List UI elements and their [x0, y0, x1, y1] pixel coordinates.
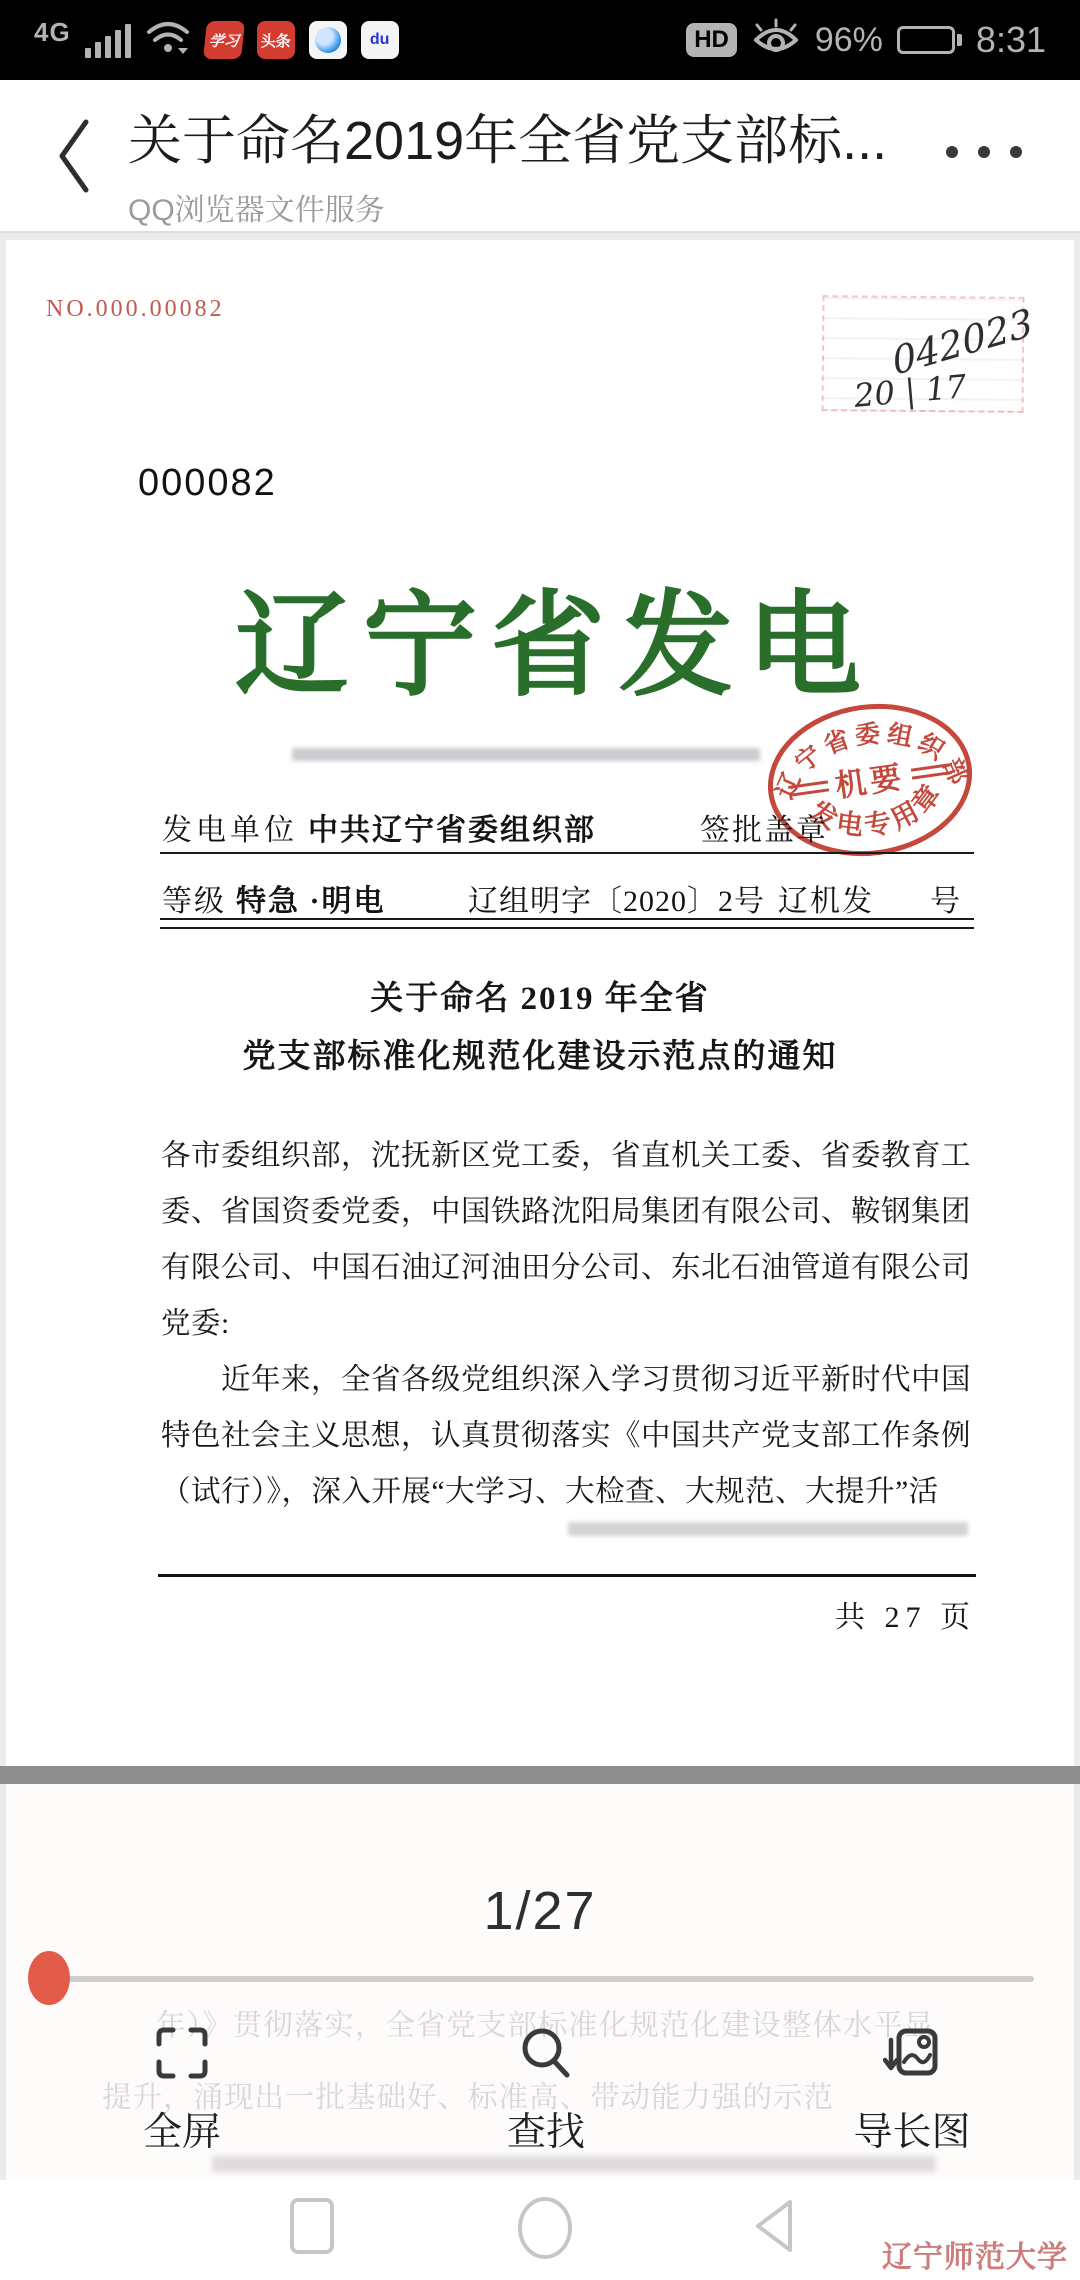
wifi-icon — [145, 18, 191, 63]
masthead-subtext-blur — [292, 748, 760, 761]
issue-series-label: 辽机发 — [778, 876, 874, 920]
fullscreen-label: 全屏 — [72, 2101, 292, 2157]
xuexi-app-icon: 学习 — [203, 21, 245, 59]
network-type-label: 4G — [34, 17, 71, 48]
issuing-unit-label: 发电单位 — [162, 805, 298, 849]
page-indicator: 1/27 — [6, 1880, 1074, 1942]
title-bar: 关于命名2019年全省党支部标... QQ浏览器文件服务 — [0, 80, 1080, 233]
body-line: 特色社会主义思想，认真贯彻落实《中国共产党支部工作条例 — [161, 1412, 976, 1454]
notice-title-line-2: 党支部标准化规范化建设示范点的通知 — [6, 1030, 1074, 1077]
notice-title-line-1: 关于命名 2019 年全省 — [6, 972, 1074, 1019]
scan-smudge — [568, 1522, 968, 1536]
fullscreen-icon — [153, 2024, 211, 2082]
page-slider-thumb[interactable] — [28, 1951, 70, 2005]
page-stamp-number: 000082 — [138, 462, 277, 505]
form-divider-1 — [160, 852, 974, 854]
body-line: 近年来，全省各级党组织深入学习贯彻习近平新时代中国 — [161, 1356, 1036, 1398]
status-bar: 4G 学习 头条 du HD — [0, 0, 1080, 80]
body-line: 有限公司、中国石油辽河油田分公司、东北石油管道有限公司 — [161, 1244, 976, 1286]
home-button[interactable] — [516, 2196, 574, 2265]
export-long-image-icon — [883, 2024, 941, 2082]
grade-label: 等级 — [162, 876, 226, 920]
clock-label: 8:31 — [976, 19, 1046, 61]
android-navigation-bar: 辽宁师范大学 — [0, 2180, 1080, 2280]
baidu-app-icon: du — [361, 21, 399, 59]
more-options-button[interactable] — [946, 146, 1022, 158]
hd-call-icon: HD — [686, 23, 737, 57]
reference-number: 辽组明字〔2020〕2号 — [468, 876, 765, 920]
total-pages-label: 共 27 页 — [835, 1592, 976, 1636]
battery-icon — [897, 26, 962, 54]
document-page-1[interactable]: NO.000.00082 042023 20 | 17 000082 辽宁省发电… — [6, 240, 1074, 1766]
form-divider-2 — [160, 918, 974, 929]
body-line: （试行）》，深入开展“大学习、大检查、大规范、大提升”活 — [161, 1468, 976, 1510]
document-title: 关于命名2019年全省党支部标... — [128, 98, 888, 175]
body-line: 各市委组织部，沈抚新区党工委，省直机关工委、省委教育工 — [161, 1132, 976, 1174]
export-long-image-label: 导长图 — [802, 2101, 1022, 2157]
document-serial-number: NO.000.00082 — [46, 296, 225, 323]
footer-rule — [158, 1574, 976, 1577]
find-button[interactable]: 查找 — [436, 2024, 656, 2157]
issuing-unit-value: 中共辽宁省委组织部 — [308, 805, 596, 849]
body-line: 党委: — [161, 1300, 976, 1342]
fullscreen-button[interactable]: 全屏 — [72, 2024, 292, 2157]
find-label: 查找 — [436, 2101, 656, 2157]
eye-comfort-icon — [751, 18, 801, 63]
body-line: 委、省国资委党委，中国铁路沈阳局集团有限公司、鞍钢集团 — [161, 1188, 976, 1230]
svg-text:机要: 机要 — [833, 759, 907, 803]
page-separator — [0, 1766, 1080, 1784]
approval-seal-label: 签批盖章 — [700, 805, 828, 849]
issue-number-suffix: 号 — [930, 876, 960, 920]
phone-screen: 4G 学习 头条 du HD — [0, 0, 1080, 2280]
qq-browser-app-icon — [309, 21, 347, 59]
back-button[interactable] — [52, 116, 96, 201]
toutiao-app-icon: 头条 — [257, 21, 295, 59]
search-icon — [517, 2024, 575, 2082]
grade-value: 特急 ·明电 — [236, 876, 386, 920]
recents-button[interactable] — [288, 2196, 336, 2261]
export-long-image-button[interactable]: 导长图 — [802, 2024, 1022, 2157]
page-slider-track[interactable] — [50, 1976, 1034, 1982]
document-source-label: QQ浏览器文件服务 — [128, 185, 888, 229]
back-nav-button[interactable] — [748, 2196, 798, 2261]
signal-strength-icon — [85, 22, 131, 58]
battery-percent-label: 96% — [815, 21, 883, 60]
university-watermark: 辽宁师范大学 — [882, 2232, 1068, 2276]
